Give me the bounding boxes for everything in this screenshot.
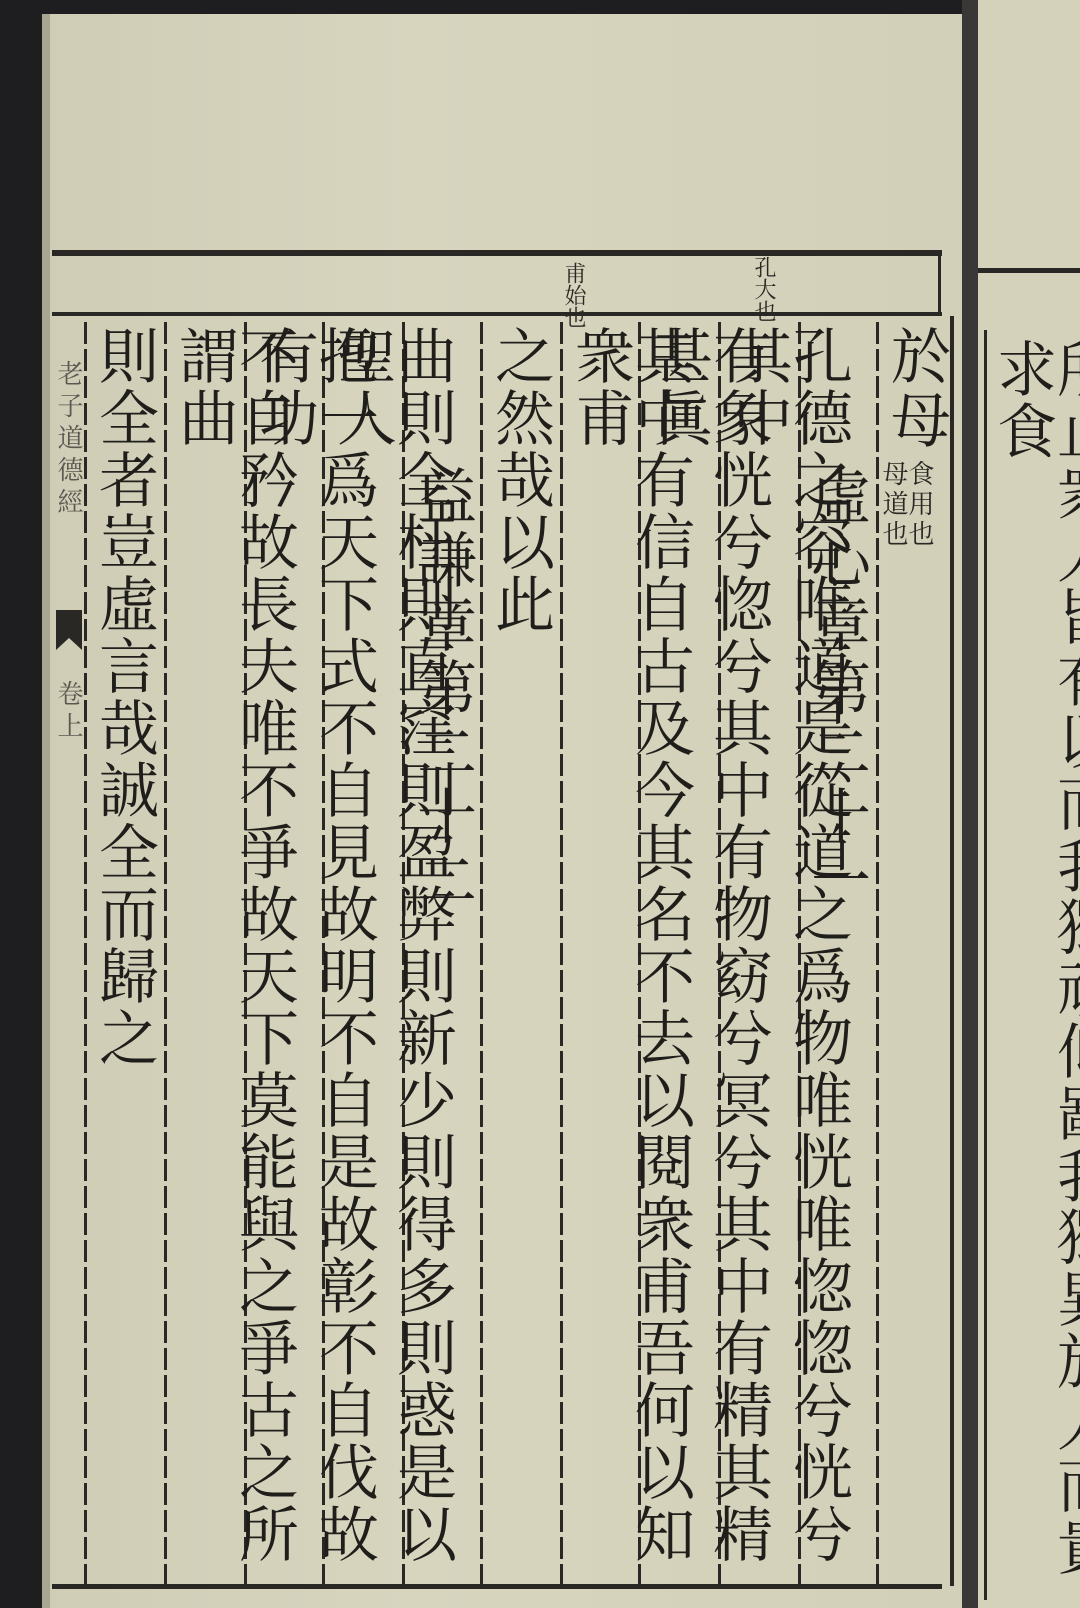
header-note-1: 孔大也 <box>748 256 779 322</box>
header-bottom-rule <box>52 312 942 316</box>
column-5: 其中有信自古及今其名不去以閱衆甫吾何以知衆甫 <box>570 325 690 1608</box>
divider <box>164 322 167 1584</box>
next-page-top-rule <box>978 268 1080 273</box>
column-6: 之然哉以此 <box>490 325 550 635</box>
frame-right-rule <box>950 316 954 1586</box>
header-right-rule <box>938 250 941 316</box>
column-1-note: 食用也 母道也 <box>880 460 932 610</box>
block-heart-title: 老子道德經 <box>50 360 87 520</box>
header-top-rule <box>52 250 942 256</box>
divider <box>480 322 483 1584</box>
column-1-main: 於母 <box>886 325 946 453</box>
divider <box>560 322 563 1584</box>
page-edge <box>42 14 50 1608</box>
book-gutter <box>962 0 978 1608</box>
block-heart-volume: 卷上 <box>50 680 87 744</box>
next-page-frame-rule <box>984 330 987 1600</box>
header-note-2: 甫始也 <box>558 262 589 328</box>
column-10: 不自矜故長夫唯不爭故天下莫能與之爭古之所謂曲 <box>174 325 294 1608</box>
next-page-column: 所止衆人皆有以而我獨頑似鄙我獨異於人而貴求食 <box>992 338 1080 1608</box>
column-11: 則全者豈虛言哉誠全而歸之 <box>94 325 154 1069</box>
